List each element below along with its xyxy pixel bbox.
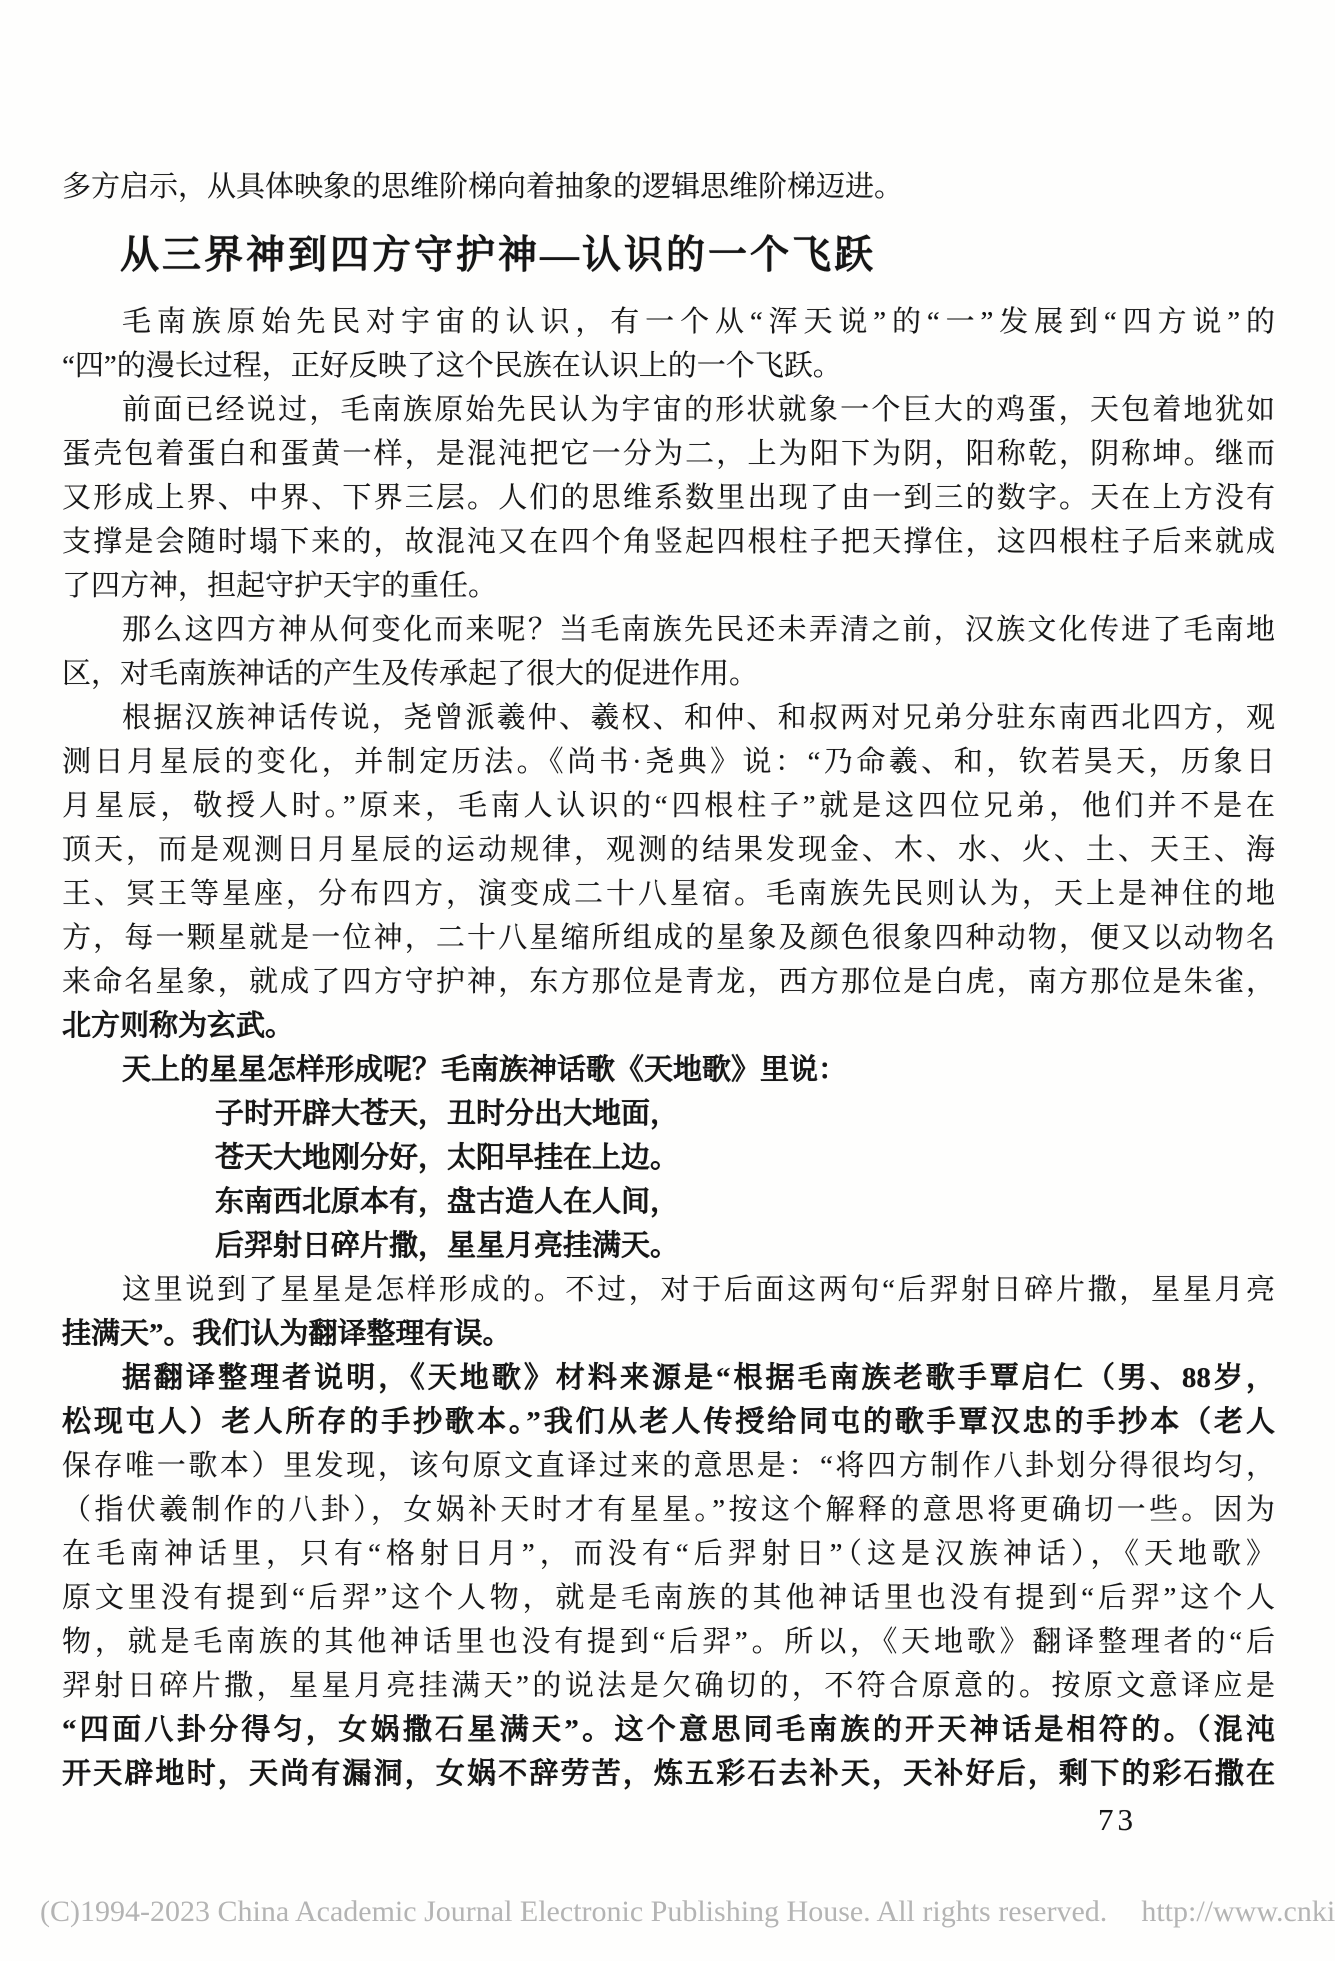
text-line: 区，对毛南族神话的产生及传承起了很大的促进作用。	[62, 652, 1275, 696]
text-line: 松现屯人）老人所存的手抄歌本。”我们从老人传授给同屯的歌手覃汉忠的手抄本（老人	[62, 1400, 1275, 1444]
text-line: （指伏羲制作的八卦），女娲补天时才有星星。”按这个解释的意思将更确切一些。因为	[62, 1488, 1275, 1532]
scan-footer: (C)1994-2023 China Academic Journal Elec…	[0, 1890, 1335, 1940]
text-line: 来命名星象，就成了四方守护神，东方那位是青龙，西方那位是白虎，南方那位是朱雀，	[62, 960, 1275, 1004]
text-line: 王、冥王等星座，分布四方，演变成二十八星宿。毛南族先民则认为，天上是神住的地	[62, 872, 1275, 916]
text-line: 后羿射日碎片撒，星星月亮挂满天。	[62, 1224, 1275, 1268]
text-line: 物，就是毛南族的其他神话里也没有提到“后羿”。所以，《天地歌》翻译整理者的“后	[62, 1620, 1275, 1664]
text-line: 子时开辟大苍天，丑时分出大地面，	[62, 1092, 1275, 1136]
page-number: 73	[1098, 1800, 1137, 1840]
body-text-block: 毛南族原始先民对宇宙的认识，有一个从“浑天说”的“一”发展到“四方说”的“四”的…	[62, 300, 1275, 1796]
text-line: 保存唯一歌本）里发现，该句原文直译过来的意思是：“将四方制作八卦划分得很均匀，	[62, 1444, 1275, 1488]
text-line: 据翻译整理者说明，《天地歌》材料来源是“根据毛南族老歌手覃启仁（男、88岁，	[62, 1356, 1275, 1400]
text-line: 羿射日碎片撒，星星月亮挂满天”的说法是欠确切的，不符合原意的。按原文意译应是	[62, 1664, 1275, 1708]
text-line: 毛南族原始先民对宇宙的认识，有一个从“浑天说”的“一”发展到“四方说”的	[62, 300, 1275, 344]
text-line: 前面已经说过，毛南族原始先民认为宇宙的形状就象一个巨大的鸡蛋，天包着地犹如	[62, 388, 1275, 432]
scanned-journal-page: 多方启示，从具体映象的思维阶梯向着抽象的逻辑思维阶梯迈进。 从三界神到四方守护神…	[0, 0, 1335, 1961]
section-heading: 从三界神到四方守护神—认识的一个飞跃	[120, 228, 876, 284]
text-line: 东南西北原本有，盘古造人在人间，	[62, 1180, 1275, 1224]
footer-url: http://www.cnki	[1141, 1895, 1335, 1928]
copyright-notice: (C)1994-2023 China Academic Journal Elec…	[40, 1895, 1107, 1928]
text-line: 开天辟地时，天尚有漏洞，女娲不辞劳苦，炼五彩石去补天，天补好后，剩下的彩石撒在	[62, 1752, 1275, 1796]
text-line: 方，每一颗星就是一位神，二十八星缩所组成的星象及颜色很象四种动物，便又以动物名	[62, 916, 1275, 960]
text-line: 测日月星辰的变化，并制定历法。《尚书·尧典》说：“乃命羲、和，钦若昊天，历象日	[62, 740, 1275, 784]
text-line: 了四方神，担起守护天宇的重任。	[62, 564, 1275, 608]
text-line: 天上的星星怎样形成呢？毛南族神话歌《天地歌》里说：	[62, 1048, 1275, 1092]
text-line: 顶天，而是观测日月星辰的运动规律，观测的结果发现金、木、水、火、土、天王、海	[62, 828, 1275, 872]
text-line: 这里说到了星星是怎样形成的。不过，对于后面这两句“后羿射日碎片撒，星星月亮	[62, 1268, 1275, 1312]
text-line: “四”的漫长过程，正好反映了这个民族在认识上的一个飞跃。	[62, 344, 1275, 388]
text-line: 挂满天”。我们认为翻译整理有误。	[62, 1312, 1275, 1356]
text-line: 又形成上界、中界、下界三层。人们的思维系数里出现了由一到三的数字。天在上方没有	[62, 476, 1275, 520]
text-line: 那么这四方神从何变化而来呢？当毛南族先民还未弄清之前，汉族文化传进了毛南地	[62, 608, 1275, 652]
text-line: 根据汉族神话传说，尧曾派羲仲、羲权、和仲、和叔两对兄弟分驻东南西北四方，观	[62, 696, 1275, 740]
text-line: 苍天大地刚分好，太阳早挂在上边。	[62, 1136, 1275, 1180]
text-line: “四面八卦分得匀，女娲撒石星满天”。这个意思同毛南族的开天神话是相符的。（混沌	[62, 1708, 1275, 1752]
text-line: 蛋壳包着蛋白和蛋黄一样，是混沌把它一分为二，上为阳下为阴，阳称乾，阴称坤。继而	[62, 432, 1275, 476]
text-line: 原文里没有提到“后羿”这个人物，就是毛南族的其他神话里也没有提到“后羿”这个人	[62, 1576, 1275, 1620]
text-line: 支撑是会随时塌下来的，故混沌又在四个角竖起四根柱子把天撑住，这四根柱子后来就成	[62, 520, 1275, 564]
text-line: 在毛南神话里，只有“格射日月”，而没有“后羿射日”（这是汉族神话），《天地歌》	[62, 1532, 1275, 1576]
text-line: 北方则称为玄武。	[62, 1004, 1275, 1048]
paragraph-continuation-line: 多方启示，从具体映象的思维阶梯向着抽象的逻辑思维阶梯迈进。	[62, 165, 1275, 209]
text-line: 月星辰，敬授人时。”原来，毛南人认识的“四根柱子”就是这四位兄弟，他们并不是在	[62, 784, 1275, 828]
